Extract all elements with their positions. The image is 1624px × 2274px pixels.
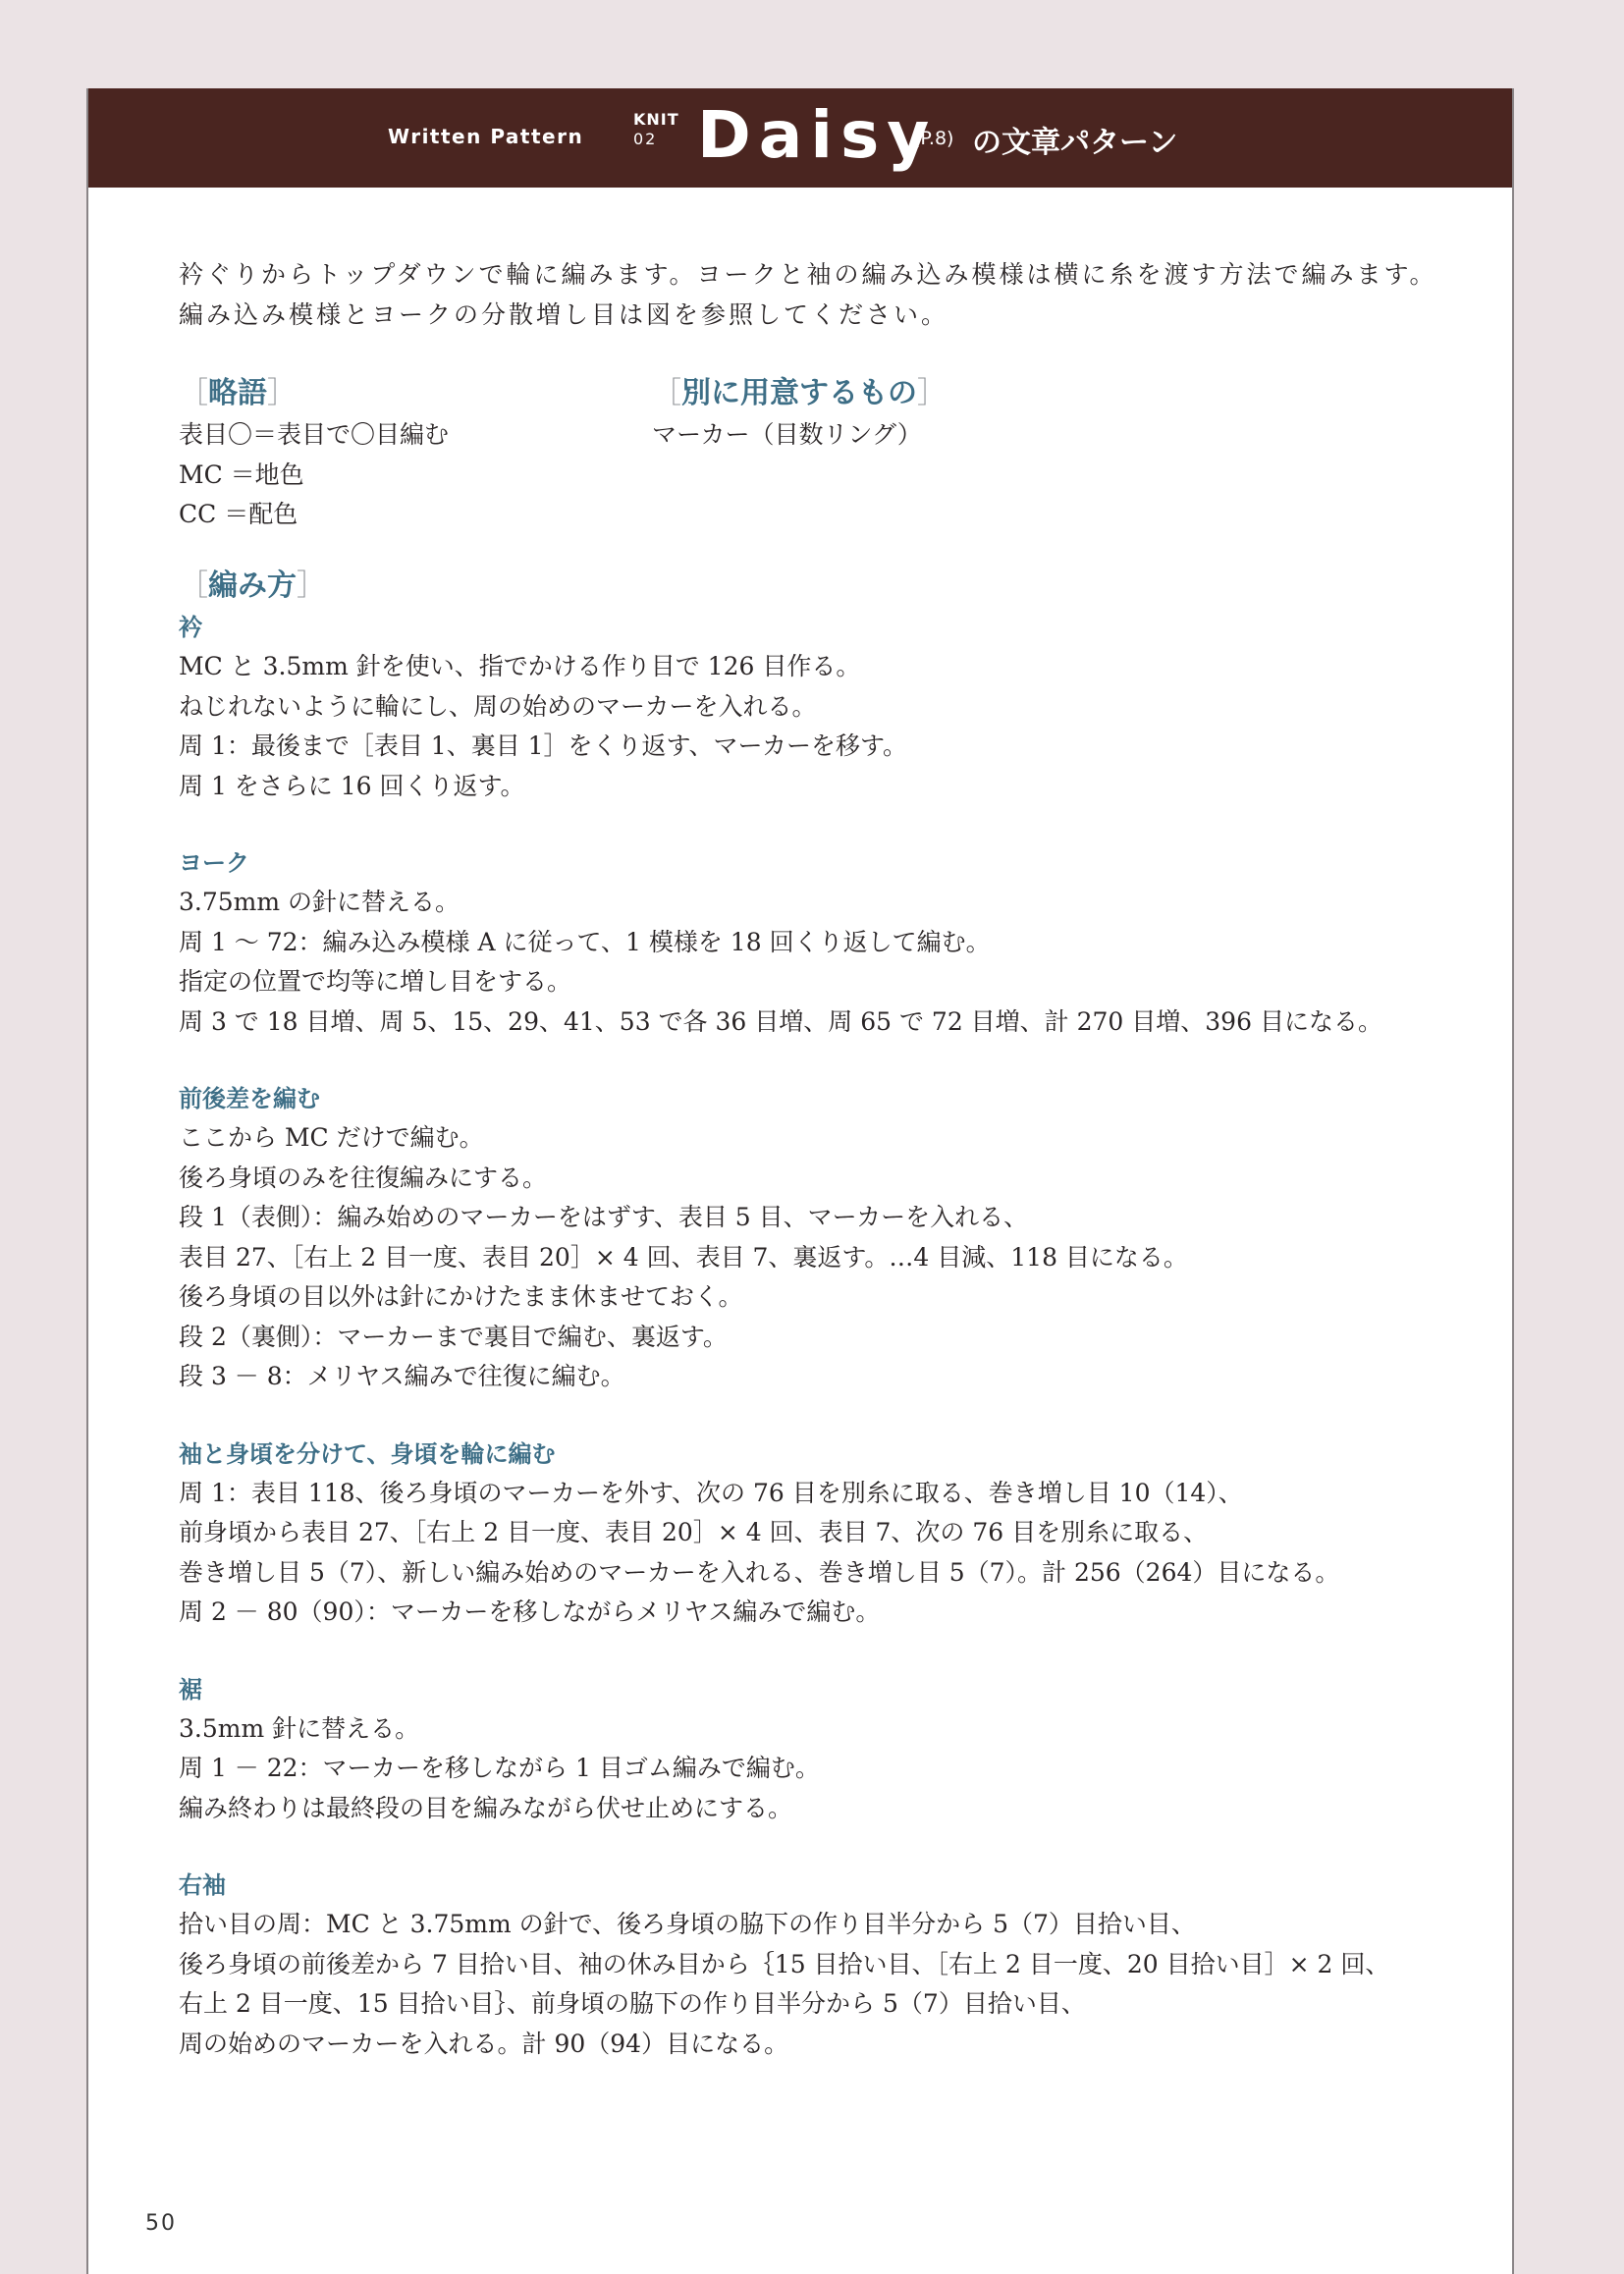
section-body-split: 袖と身頃を分けて、身頃を輪に編む 周 1：表目 118、後ろ身頃のマーカーを外す… bbox=[179, 1435, 1455, 1633]
section-short-rows: 前後差を編む ここから MC だけで編む。 後ろ身頃のみを往復編みにする。 段 … bbox=[179, 1079, 1455, 1397]
material-item: マーカー（目数リング） bbox=[652, 415, 947, 456]
method-section: ［編み方］ 衿 MC と 3.5mm 針を使い、指でかける作り目で 126 目作… bbox=[179, 565, 1455, 2064]
materials-section: ［別に用意するもの］ マーカー（目数リング） bbox=[652, 372, 947, 456]
section-right-sleeve: 右袖 拾い目の周：MC と 3.75mm の針で、後ろ身頃の脇下の作り目半分から… bbox=[179, 1866, 1455, 2064]
knit-number: 02 bbox=[633, 130, 679, 149]
section-title: 袖と身頃を分けて、身頃を輪に編む bbox=[179, 1435, 1455, 1474]
page-header-banner: Written Pattern KNIT 02 Daisy (P.8) の文章パ… bbox=[88, 88, 1512, 188]
abbreviation-item: 表目〇＝表目で〇目編む bbox=[179, 415, 449, 456]
knit-text: KNIT bbox=[633, 110, 679, 130]
abbreviations-heading: ［略語］ bbox=[179, 372, 449, 415]
abbreviations-materials: ［略語］ 表目〇＝表目で〇目編む MC ＝地色 CC ＝配色 ［別に用意するもの… bbox=[179, 372, 1455, 539]
header-label: Written Pattern bbox=[388, 125, 583, 148]
materials-heading: ［別に用意するもの］ bbox=[652, 372, 947, 415]
page-content: 衿ぐりからトップダウンで輪に編みます。ヨークと袖の編み込み模様は横に糸を渡す方法… bbox=[179, 255, 1455, 2064]
section-title: ヨーク bbox=[179, 843, 1455, 883]
instruction-line: 後ろ身頃の前後差から 7 目拾い目、袖の休み目から｛15 目拾い目、［右上 2 … bbox=[179, 1945, 1455, 1985]
section-title: 右袖 bbox=[179, 1866, 1455, 1905]
page: Written Pattern KNIT 02 Daisy (P.8) の文章パ… bbox=[86, 88, 1514, 2274]
instruction-line: 周 1：表目 118、後ろ身頃のマーカーを外す、次の 76 目を別糸に取る、巻き… bbox=[179, 1474, 1455, 1514]
instruction-line: 周 1 ～ 72：編み込み模様 A に従って、1 模様を 18 回くり返して編む… bbox=[179, 923, 1455, 963]
method-heading: ［編み方］ bbox=[179, 565, 1455, 608]
instruction-line: 表目 27、［右上 2 目一度、表目 20］× 4 回、表目 7、裏返す。…4 … bbox=[179, 1238, 1455, 1278]
instruction-line: 周 1 － 22：マーカーを移しながら 1 目ゴム編みで編む。 bbox=[179, 1749, 1455, 1789]
abbreviations-section: ［略語］ 表目〇＝表目で〇目編む MC ＝地色 CC ＝配色 bbox=[179, 372, 449, 535]
instruction-line: MC と 3.5mm 針を使い、指でかける作り目で 126 目作る。 bbox=[179, 647, 1455, 687]
instruction-line: 段 1（表側）：編み始めのマーカーをはずす、表目 5 目、マーカーを入れる、 bbox=[179, 1198, 1455, 1238]
section-title: 裾 bbox=[179, 1670, 1455, 1709]
instruction-line: 段 3 － 8：メリヤス編みで往復に編む。 bbox=[179, 1357, 1455, 1397]
instruction-line: 周 3 で 18 目増、周 5、15、29、41、53 で各 36 目増、周 6… bbox=[179, 1002, 1455, 1043]
abbreviation-item: MC ＝地色 bbox=[179, 456, 449, 496]
instruction-line: 拾い目の周：MC と 3.75mm の針で、後ろ身頃の脇下の作り目半分から 5（… bbox=[179, 1905, 1455, 1945]
page-reference: (P.8) bbox=[913, 128, 953, 149]
instruction-line: 周 1：最後まで［表目 1、裏目 1］をくり返す、マーカーを移す。 bbox=[179, 727, 1455, 767]
instruction-line: 段 2（裏側）：マーカーまで裏目で編む、裏返す。 bbox=[179, 1318, 1455, 1358]
section-title: 衿 bbox=[179, 608, 1455, 647]
instruction-line: 巻き増し目 5（7）、新しい編み始めのマーカーを入れる、巻き増し目 5（7）。計… bbox=[179, 1553, 1455, 1594]
header-subtitle: の文章パターン bbox=[972, 118, 1177, 161]
knit-label: KNIT 02 bbox=[633, 110, 679, 149]
instruction-line: 3.5mm 針に替える。 bbox=[179, 1709, 1455, 1750]
instruction-line: 周 1 をさらに 16 回くり返す。 bbox=[179, 767, 1455, 807]
pattern-title: Daisy bbox=[697, 96, 937, 175]
instruction-line: 周の始めのマーカーを入れる。計 90（94）目になる。 bbox=[179, 2025, 1455, 2065]
section-collar: 衿 MC と 3.5mm 針を使い、指でかける作り目で 126 目作る。 ねじれ… bbox=[179, 608, 1455, 806]
instruction-line: 編み終わりは最終段の目を編みながら伏せ止めにする。 bbox=[179, 1789, 1455, 1829]
instruction-line: 右上 2 目一度、15 目拾い目｝、前身頃の脇下の作り目半分から 5（7）目拾い… bbox=[179, 1984, 1455, 2025]
abbreviation-item: CC ＝配色 bbox=[179, 495, 449, 535]
page-number: 50 bbox=[145, 2211, 177, 2236]
intro-line: 編み込み模様とヨークの分散増し目は図を参照してください。 bbox=[179, 296, 1455, 336]
instruction-line: 周 2 － 80（90）：マーカーを移しながらメリヤス編みで編む。 bbox=[179, 1593, 1455, 1633]
instruction-line: ここから MC だけで編む。 bbox=[179, 1118, 1455, 1159]
section-hem: 裾 3.5mm 針に替える。 周 1 － 22：マーカーを移しながら 1 目ゴム… bbox=[179, 1670, 1455, 1829]
instruction-line: ねじれないように輪にし、周の始めのマーカーを入れる。 bbox=[179, 687, 1455, 728]
intro-line: 衿ぐりからトップダウンで輪に編みます。ヨークと袖の編み込み模様は横に糸を渡す方法… bbox=[179, 255, 1455, 296]
section-yoke: ヨーク 3.75mm の針に替える。 周 1 ～ 72：編み込み模様 A に従っ… bbox=[179, 843, 1455, 1042]
instruction-line: 後ろ身頃の目以外は針にかけたまま休ませておく。 bbox=[179, 1277, 1455, 1318]
instruction-line: 後ろ身頃のみを往復編みにする。 bbox=[179, 1159, 1455, 1199]
instruction-line: 指定の位置で均等に増し目をする。 bbox=[179, 962, 1455, 1002]
intro-paragraph: 衿ぐりからトップダウンで輪に編みます。ヨークと袖の編み込み模様は横に糸を渡す方法… bbox=[179, 255, 1455, 335]
section-title: 前後差を編む bbox=[179, 1079, 1455, 1118]
instruction-line: 前身頃から表目 27、［右上 2 目一度、表目 20］× 4 回、表目 7、次の… bbox=[179, 1513, 1455, 1553]
instruction-line: 3.75mm の針に替える。 bbox=[179, 883, 1455, 923]
